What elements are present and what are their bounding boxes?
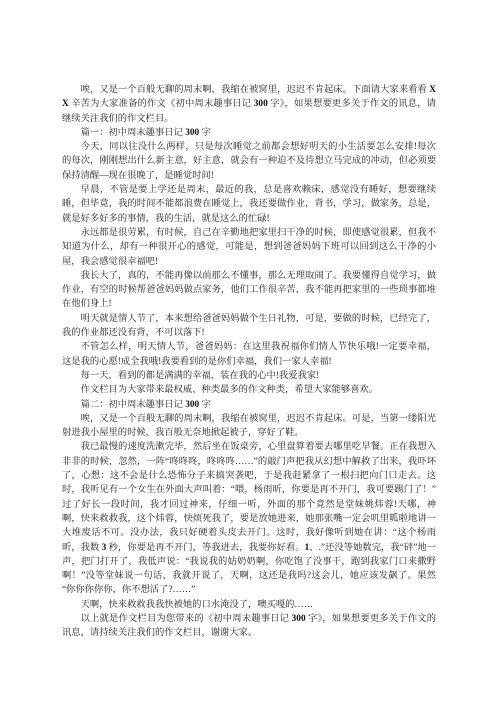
latin-text: 1 <box>305 543 310 553</box>
section-heading: 篇二：初中周末趣事日记 300 字 <box>62 398 436 412</box>
paragraph: 我长大了，真的，不能再像以前那么不懂事，那么无理取闹了。我要懂得自觉学习，做作业… <box>62 269 436 312</box>
paragraph: 唉，又是一个百般无聊的周末啊，我缩在被窝里，迟迟不肯起床。下面请大家来看看 XX… <box>62 83 436 126</box>
latin-text: 300 <box>254 99 268 109</box>
paragraph: 今天，同以往没什么两样，只是每次睡觉之前都会想好明天的小生活要怎么安排!每次的每… <box>62 140 436 183</box>
latin-text: XX <box>62 85 436 109</box>
paragraph: 明天就是情人节了，本来想给爸爸妈妈做个生日礼物，可是，要做的时候，已经完了，我的… <box>62 312 436 341</box>
paragraph: 每一天，看到的都是满满的幸福，装在我的心中!我爱我家! <box>62 369 436 383</box>
latin-text: 3 <box>102 543 107 553</box>
latin-text: 300 <box>185 128 199 138</box>
latin-text: 300 <box>292 614 306 624</box>
paragraph: 永远都是很劳累，有时候，自己在辛勤地把家里扫干净的时候，即使感觉很累，但我不知道… <box>62 226 436 269</box>
paragraph: 作文栏目为大家带来最权威、种类最多的作文种类，希望大家能够喜欢。 <box>62 383 436 397</box>
paragraph: 早晨，不管是要上学还是周末，最近的我，总是喜欢赖床，感觉没有睡好，想要继续睡，但… <box>62 183 436 226</box>
paragraph: 不管怎么样，明天情人节，爸爸妈妈：在这里我祝福你们情人节快乐哦!一定要幸福，这是… <box>62 340 436 369</box>
document-body: 唉，又是一个百般无聊的周末啊，我缩在被窝里，迟迟不肯起床。下面请大家来看看 XX… <box>62 83 436 641</box>
paragraph: 天啊，快来救救我我快被她的口水淹没了，噢买嘎的…… <box>62 598 436 612</box>
latin-text: 300 <box>185 400 199 410</box>
document-page: 唉，又是一个百般无聊的周末啊，我缩在被窝里，迟迟不肯起床。下面请大家来看看 XX… <box>0 0 496 702</box>
paragraph: 唉，又是一个百般无聊的周末啊，我缩在被窝里，迟迟不肯起床。可是，当第一缕阳光射进… <box>62 412 436 441</box>
paragraph: 我已最慢的速度洗漱完毕，然后坐在饭桌旁，心里盘算着要去哪里吃早餐。正在我想入非非… <box>62 440 436 597</box>
section-heading: 篇一：初中周末趣事日记 300 字 <box>62 126 436 140</box>
paragraph: 以上就是作文栏目为您带来的《初中周末趣事日记 300 字》，如果想要更多关于作文… <box>62 612 436 641</box>
